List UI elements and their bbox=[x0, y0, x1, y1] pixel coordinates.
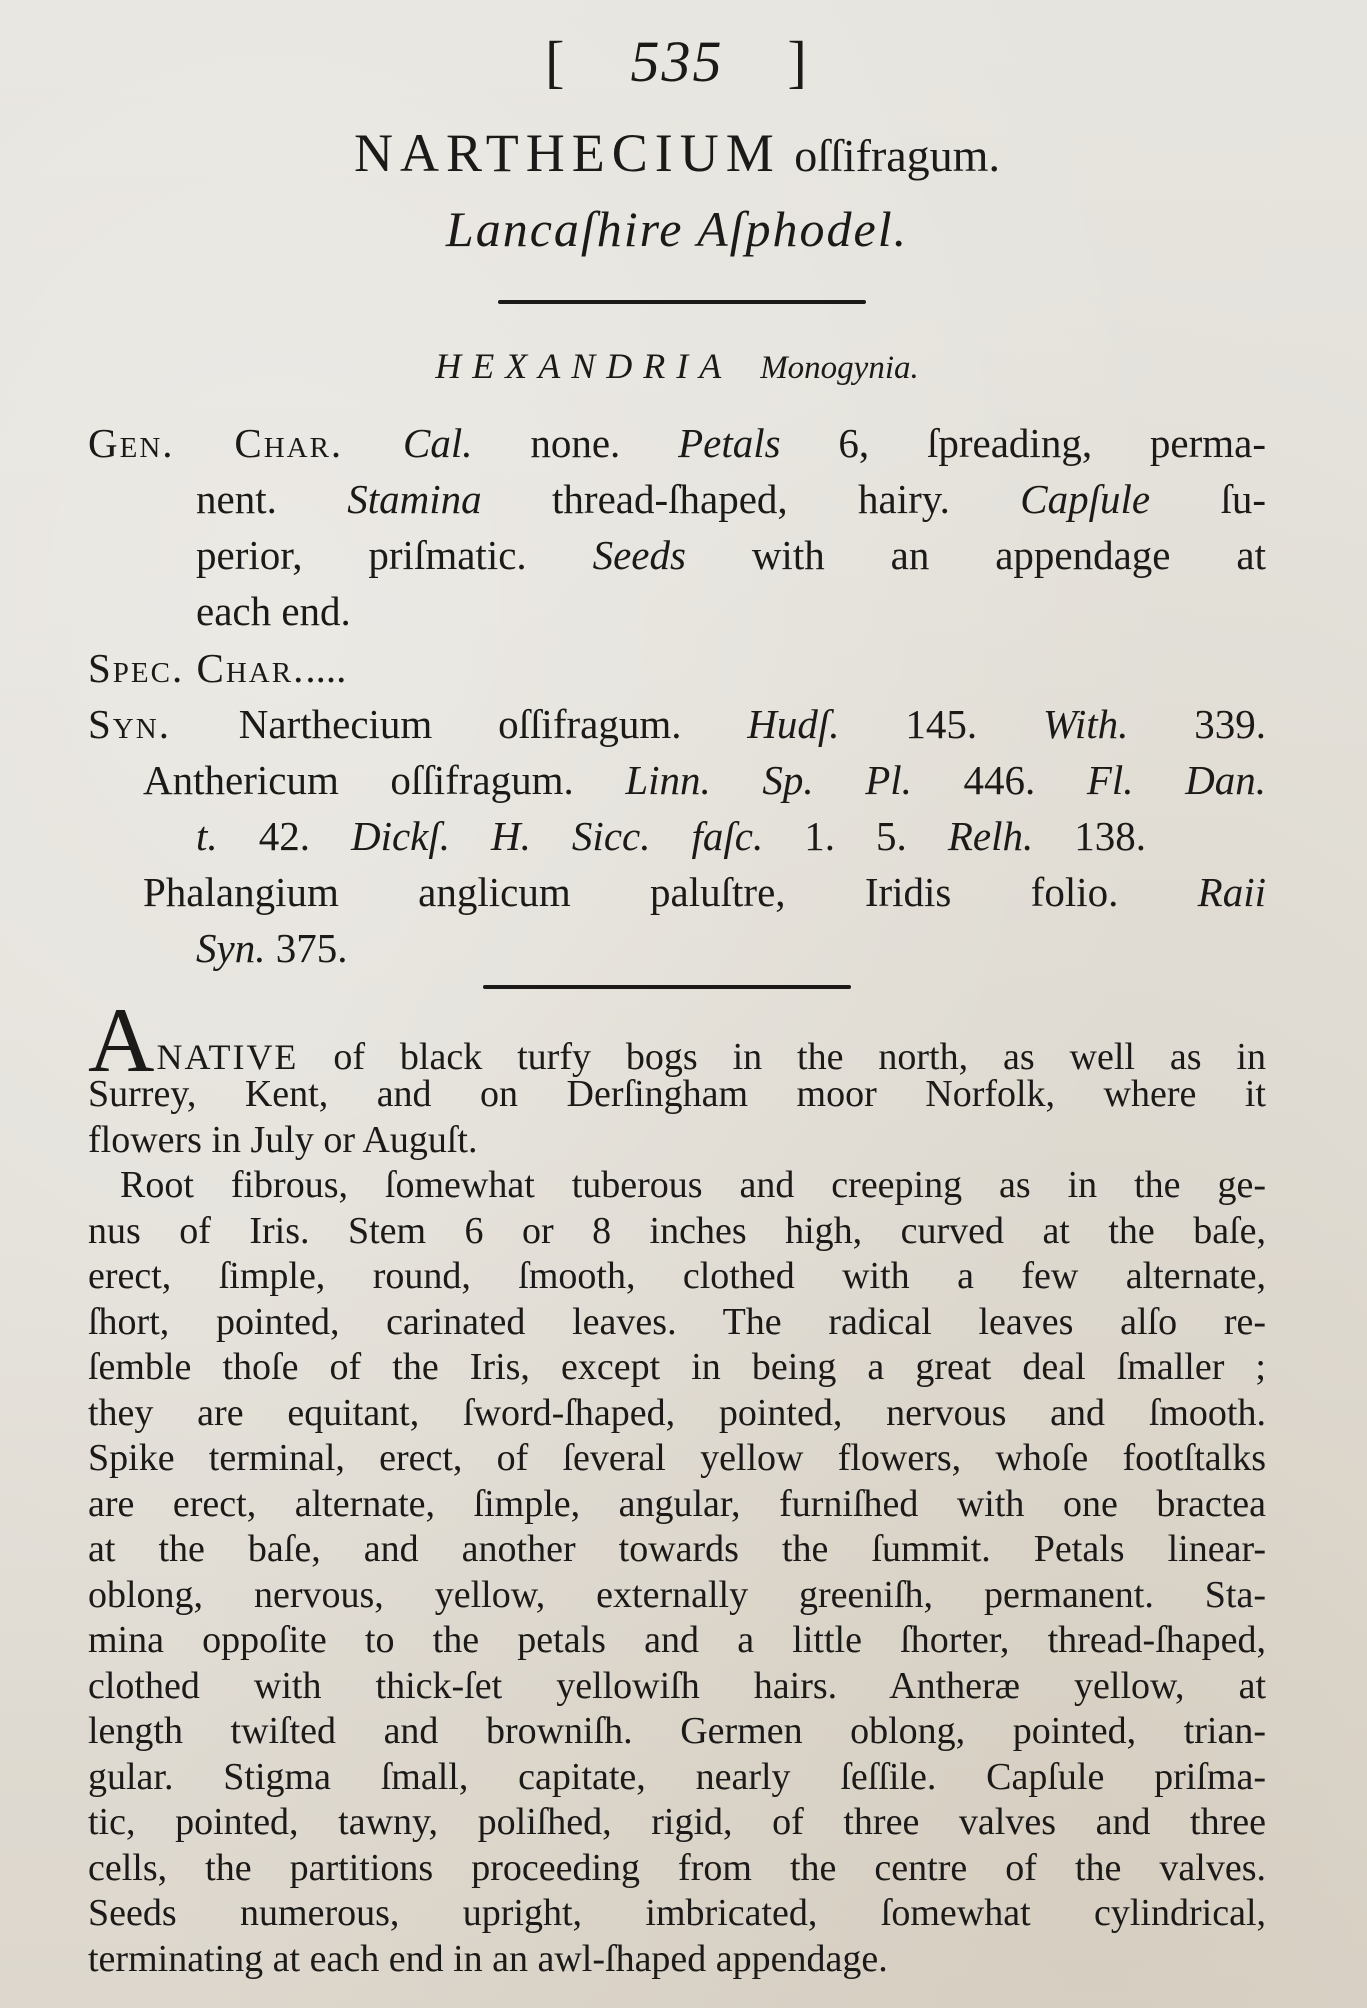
text-run: 6, ſpreading, perma- bbox=[781, 420, 1266, 466]
text-run: ſemble thoſe of the Iris, except in bein… bbox=[88, 1346, 1266, 1388]
description-line: nus of Iris. Stem 6 or 8 inches high, cu… bbox=[88, 1209, 1266, 1255]
text-run: are erect, alternate, ſimple, angular, f… bbox=[88, 1483, 1266, 1525]
description-line: erect, ſimple, round, ſmooth, clothed wi… bbox=[88, 1254, 1266, 1300]
text-run: 138. bbox=[1033, 813, 1146, 859]
synonym-line: Syn. 375. bbox=[196, 920, 1266, 976]
description-line: mina oppoſite to the petals and a little… bbox=[88, 1618, 1266, 1664]
italic-citation: Relh. bbox=[948, 813, 1033, 859]
text-run: at the baſe, and another towards the ſum… bbox=[88, 1528, 1266, 1570]
text-run: 446. bbox=[912, 757, 1087, 803]
italic-citation: Hudſ. bbox=[747, 701, 839, 747]
description-line: oblong, nervous, yellow, externally gree… bbox=[88, 1573, 1266, 1619]
divider-rule bbox=[498, 300, 866, 304]
text-run: ſu- bbox=[1150, 476, 1266, 522]
italic-citation: Syn. bbox=[196, 925, 265, 971]
genus-name: NARTHECIUM bbox=[354, 123, 781, 183]
synonym-line: Anthericum oſſifragum. Linn. Sp. Pl. 446… bbox=[143, 752, 1266, 808]
italic-citation: With. bbox=[1043, 701, 1128, 747]
description-line: length twiſted and browniſh. Germen oblo… bbox=[88, 1709, 1266, 1755]
description-line: Root fibrous, ſomewhat tuberous and cree… bbox=[120, 1163, 1266, 1209]
page-title: NARTHECIUM oſſifragum. bbox=[88, 122, 1266, 184]
description-line: are erect, alternate, ſimple, angular, f… bbox=[88, 1482, 1266, 1528]
synonym-line: t. 42. Dickſ. H. Sicc. faſc. 1. 5. Relh.… bbox=[196, 808, 1146, 864]
order-name: Monogynia. bbox=[760, 350, 919, 386]
synonyms: Syn. Narthecium oſſifragum. Hudſ. 145. W… bbox=[88, 696, 1266, 976]
text-run: ſhort, pointed, carinated leaves. The ra… bbox=[88, 1301, 1266, 1343]
text-line: perior, priſmatic. Seeds with an appenda… bbox=[196, 527, 1266, 583]
description-line: ſemble thoſe of the Iris, except in bein… bbox=[88, 1345, 1266, 1391]
bracket-open: [ bbox=[545, 29, 566, 94]
opening-word: NATIVE bbox=[156, 1037, 298, 1077]
bracket-close: ] bbox=[788, 29, 809, 94]
text-run: perior, priſmatic. bbox=[196, 532, 593, 578]
text-run: 339. bbox=[1128, 701, 1266, 747]
description-line: tic, pointed, tawny, poliſhed, rigid, of… bbox=[88, 1800, 1266, 1846]
description-line: flowers in July or Auguſt. bbox=[88, 1118, 1266, 1164]
page-number: [535] bbox=[88, 28, 1266, 95]
text-run: Anthericum oſſifragum. bbox=[143, 757, 625, 803]
description-line: terminating at each end in an awl-ſhaped… bbox=[88, 1937, 1266, 1983]
common-name: Lancaſhire Aſphodel. bbox=[88, 200, 1266, 258]
divider-rule bbox=[483, 985, 851, 989]
italic-citation: Capſule bbox=[1020, 476, 1150, 522]
synonym-line: Phalangium anglicum paluſtre, Iridis fol… bbox=[143, 864, 1266, 920]
text-run: with an appendage at bbox=[686, 532, 1266, 578]
species-name: oſſifragum. bbox=[794, 130, 1000, 181]
text-run: Root fibrous, ſomewhat tuberous and cree… bbox=[120, 1164, 1266, 1206]
text-run: gular. Stigma ſmall, capitate, nearly ſe… bbox=[88, 1756, 1266, 1798]
description-line: they are equitant, ſword-ſhaped, pointed… bbox=[88, 1391, 1266, 1437]
description-line: Spike terminal, erect, of ſeveral yellow… bbox=[88, 1436, 1266, 1482]
text-run: mina oppoſite to the petals and a little… bbox=[88, 1619, 1266, 1661]
italic-citation: Seeds bbox=[593, 532, 686, 578]
text-run: tic, pointed, tawny, poliſhed, rigid, of… bbox=[88, 1801, 1266, 1843]
description-line: Surrey, Kent, and on Derſingham moor Nor… bbox=[88, 1072, 1266, 1118]
spec-char-value: .... bbox=[305, 645, 346, 691]
text-run: Seeds numerous, upright, imbricated, ſom… bbox=[88, 1892, 1266, 1934]
italic-citation: Raii bbox=[1198, 869, 1266, 915]
text-line: Gen. Char. Cal. none. Petals 6, ſpreadin… bbox=[88, 415, 1266, 471]
specific-character: Spec. Char..... bbox=[88, 640, 1266, 696]
italic-citation: t. bbox=[196, 813, 218, 859]
italic-citation: Petals bbox=[678, 420, 780, 466]
description: ANATIVE of black turfy bogs in the north… bbox=[88, 1020, 1266, 1982]
italic-citation: Cal. bbox=[403, 420, 473, 466]
text-run: Narthecium oſſifragum. bbox=[239, 701, 748, 747]
description-line: ANATIVE of black turfy bogs in the north… bbox=[88, 1020, 1266, 1072]
generic-character: Gen. Char. Cal. none. Petals 6, ſpreadin… bbox=[88, 415, 1266, 639]
text-run: nus of Iris. Stem 6 or 8 inches high, cu… bbox=[88, 1210, 1266, 1252]
italic-citation: Linn. Sp. Pl. bbox=[625, 757, 912, 803]
text-run: Surrey, Kent, and on Derſingham moor Nor… bbox=[88, 1073, 1266, 1115]
text-run: Spike terminal, erect, of ſeveral yellow… bbox=[88, 1437, 1266, 1479]
synonym-line: Syn. Narthecium oſſifragum. Hudſ. 145. W… bbox=[88, 696, 1266, 752]
text-run: they are equitant, ſword-ſhaped, pointed… bbox=[88, 1392, 1266, 1434]
text-run: none. bbox=[473, 420, 679, 466]
syn-label: Syn. bbox=[88, 701, 239, 747]
text-run: 145. bbox=[840, 701, 1043, 747]
description-line: ſhort, pointed, carinated leaves. The ra… bbox=[88, 1300, 1266, 1346]
text-run: 42. bbox=[218, 813, 351, 859]
description-line: gular. Stigma ſmall, capitate, nearly ſe… bbox=[88, 1755, 1266, 1801]
text-run: cells, the partitions proceeding from th… bbox=[88, 1847, 1266, 1889]
italic-citation: Dickſ. H. Sicc. faſc. bbox=[351, 813, 763, 859]
text-run: clothed with thick-ſet yellowiſh hairs. … bbox=[88, 1665, 1266, 1707]
class-name: HEXANDRIA bbox=[435, 346, 732, 386]
description-line: cells, the partitions proceeding from th… bbox=[88, 1846, 1266, 1892]
text-run: 375. bbox=[265, 925, 347, 971]
text-line: nent. Stamina thread-ſhaped, hairy. Capſ… bbox=[196, 471, 1266, 527]
text-line: each end. bbox=[196, 583, 1266, 639]
spec-char-label: Spec. Char. bbox=[88, 645, 305, 691]
text-run: flowers in July or Auguſt. bbox=[88, 1119, 477, 1161]
page-number-value: 535 bbox=[631, 29, 724, 94]
italic-citation: Fl. Dan. bbox=[1087, 757, 1266, 803]
text-run: oblong, nervous, yellow, externally gree… bbox=[88, 1574, 1266, 1616]
text-run: each end. bbox=[196, 588, 351, 634]
text-run: length twiſted and browniſh. Germen oblo… bbox=[88, 1710, 1266, 1752]
text-run: thread-ſhaped, hairy. bbox=[482, 476, 1021, 522]
text-run: nent. bbox=[196, 476, 347, 522]
text-run: terminating at each end in an awl-ſhaped… bbox=[88, 1938, 888, 1980]
text-run: Phalangium anglicum paluſtre, Iridis fol… bbox=[143, 869, 1198, 915]
description-line: Seeds numerous, upright, imbricated, ſom… bbox=[88, 1891, 1266, 1937]
text-run: erect, ſimple, round, ſmooth, clothed wi… bbox=[88, 1255, 1266, 1297]
linnaean-classification: HEXANDRIAMonogynia. bbox=[88, 345, 1266, 387]
italic-citation: Stamina bbox=[347, 476, 481, 522]
text-run: 1. 5. bbox=[763, 813, 948, 859]
description-line: clothed with thick-ſet yellowiſh hairs. … bbox=[88, 1664, 1266, 1710]
gen-char-label: Gen. Char. bbox=[88, 420, 403, 466]
description-line: at the baſe, and another towards the ſum… bbox=[88, 1527, 1266, 1573]
